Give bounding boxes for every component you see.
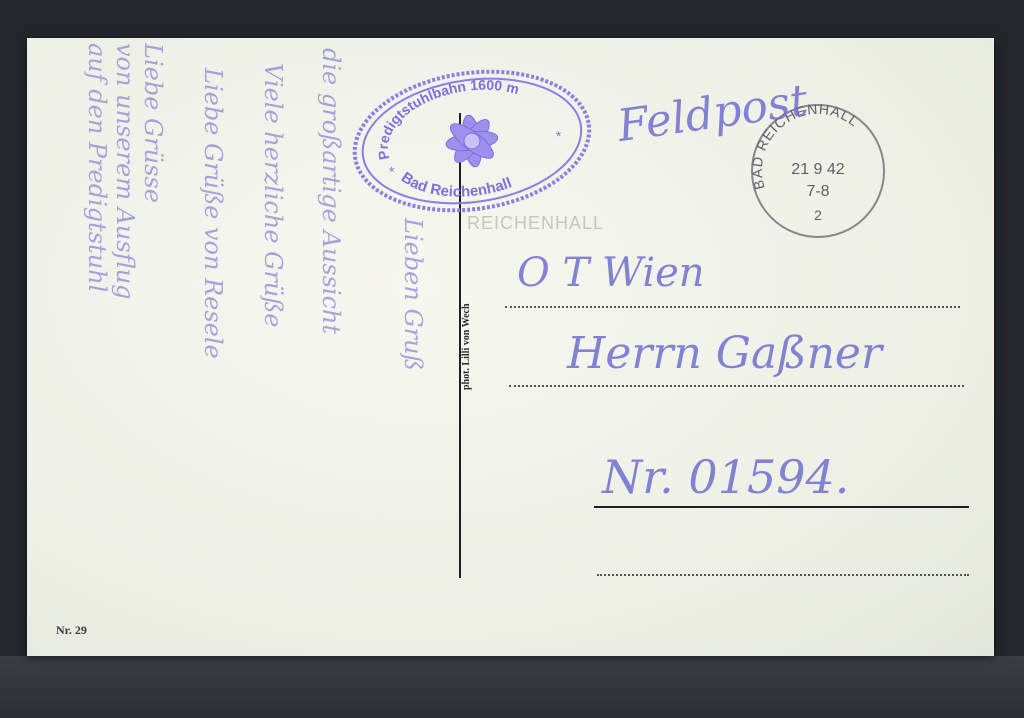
message-column: Viele herzliche Grüße bbox=[259, 63, 287, 328]
svg-text:Bad Reichenhall: Bad Reichenhall bbox=[396, 155, 514, 211]
message-column: Liebe Grüße von Resele bbox=[199, 68, 227, 359]
address-rule-2 bbox=[509, 385, 964, 387]
edelweiss-icon bbox=[443, 112, 502, 171]
address-line-2: Herrn Gaßner bbox=[567, 328, 882, 379]
message-column: von unserem Ausflug bbox=[111, 43, 139, 300]
address-line-1: O T Wien bbox=[517, 250, 705, 296]
svg-text:*: * bbox=[388, 163, 396, 180]
postmark-date: 21 9 42 bbox=[791, 161, 844, 178]
message-column: auf den Predigtstuhl bbox=[83, 43, 111, 292]
machine-cancel: REICHENHALL bbox=[467, 213, 604, 234]
address-rule-4 bbox=[597, 574, 969, 576]
message-column: Lieben Gruß bbox=[399, 218, 427, 371]
postmark-time: 7-8 bbox=[806, 183, 829, 200]
address-line-3: Nr. 01594. bbox=[602, 450, 849, 504]
card-number: Nr. 29 bbox=[56, 623, 87, 638]
message-column: Liebe Grüsse bbox=[139, 43, 167, 203]
address-rule-1 bbox=[505, 306, 960, 308]
postcard: Liebe Grüsse von unserem Ausflug auf den… bbox=[27, 38, 994, 656]
postmark-office: 2 bbox=[814, 207, 822, 223]
photo-credit: phot. Lilli von Wech bbox=[461, 303, 472, 390]
cachet-bottom-text: Bad Reichenhall bbox=[396, 155, 514, 211]
cachet-stamp: Predigtstuhlbahn 1600 m Bad Reichenhall … bbox=[341, 53, 603, 231]
svg-text:*: * bbox=[555, 127, 563, 144]
table-surface bbox=[0, 656, 1024, 718]
address-rule-3 bbox=[594, 506, 969, 508]
